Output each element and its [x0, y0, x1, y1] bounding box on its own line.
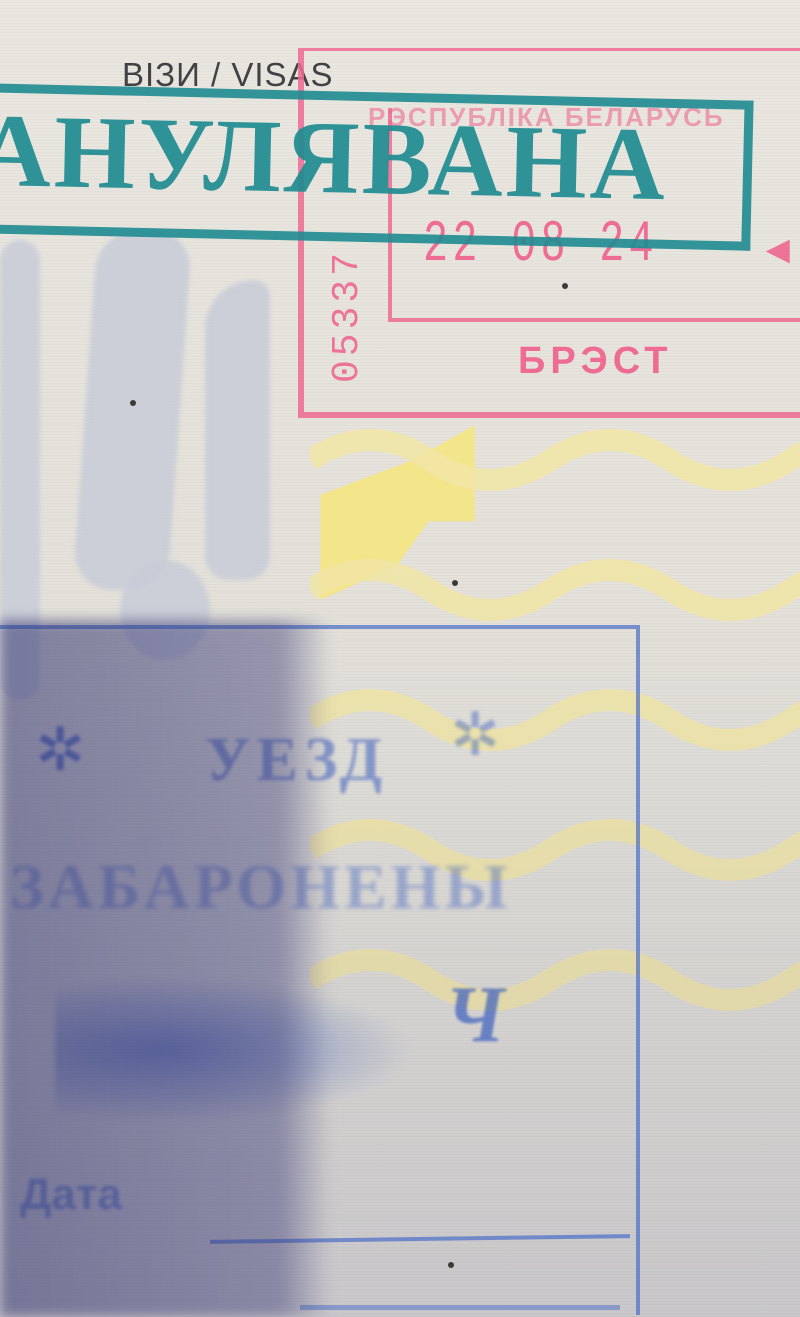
ink-speck: [130, 400, 136, 406]
officer-signature: Ч: [445, 970, 505, 1061]
exit-stamp-city: БРЭСТ: [518, 340, 672, 383]
coat-of-arms-icon: ✲: [450, 700, 500, 770]
hand-shadow: [0, 620, 330, 1317]
ink-speck: [452, 580, 458, 586]
passport-visa-page: ВІЗИ / VISAS РЭСПУБЛІКА БЕЛАРУСЬ 22 08 2…: [0, 0, 800, 1317]
exit-stamp-serial: 05337: [326, 249, 369, 383]
exit-arrow-icon: ◄: [758, 228, 798, 273]
ink-speck: [562, 283, 568, 289]
cancellation-stamp-text: АНУЛЯВАНА: [0, 99, 669, 217]
trident-watermark-stroke: [72, 230, 192, 590]
entry-ban-bottom-line: [300, 1305, 620, 1310]
ink-speck: [448, 1262, 454, 1268]
trident-watermark-stroke: [205, 280, 270, 580]
cancellation-stamp: АНУЛЯВАНА: [0, 92, 752, 242]
